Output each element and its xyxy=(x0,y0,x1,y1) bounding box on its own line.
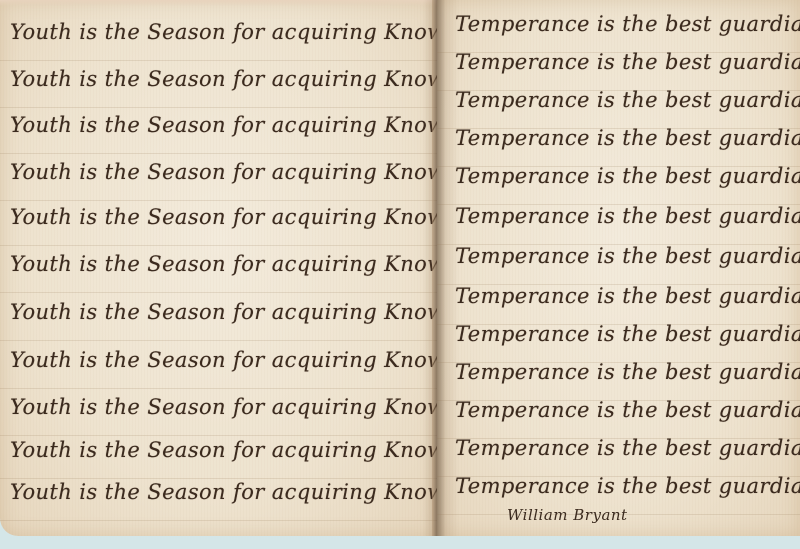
copy-line: Youth is the Season for acquiring Knowl xyxy=(0,20,470,61)
copy-line: Youth is the Season for acquiring Knowle… xyxy=(0,205,470,246)
copy-line: Youth is the Season for acquiring Knowle… xyxy=(0,480,470,521)
copy-line: Temperance is the best guardian of xyxy=(437,322,800,363)
page-top-edge xyxy=(0,0,437,6)
copy-line: Temperance is the best guardian of xyxy=(437,244,800,285)
copy-line: Youth is the Season for acquiring Knowle xyxy=(0,113,470,154)
copy-line: Temperance is the best guardian of xyxy=(437,88,800,129)
copy-line: Temperance is the best guardian of xyxy=(437,398,800,439)
left-page: Youth is the Season for acquiring Knowl … xyxy=(0,0,437,536)
copy-line: Youth is the Season for acquiring Knowle xyxy=(0,67,470,108)
copy-line: Youth is the Season for acquiring Knowle… xyxy=(0,300,470,341)
signature: William Bryant xyxy=(507,506,628,524)
copy-line: Youth is the Season for acquiring Knowle… xyxy=(0,160,470,201)
copy-line: Temperance is the best guardian of xyxy=(437,436,800,477)
copy-line: Temperance is the best guardian of xyxy=(437,204,800,245)
copy-line: Youth is the Season for acquiring Knowle… xyxy=(0,252,470,293)
copy-line: Temperance is the best guardian of xyxy=(437,360,800,401)
copy-line: Temperance is the best guardian of xyxy=(437,12,800,53)
copy-line: Youth is the Season for acquiring Knowle… xyxy=(0,395,470,436)
copy-line: Temperance is the best guardian of xyxy=(437,50,800,91)
copy-line: Temperance is the best guardian of xyxy=(437,164,800,205)
copy-line: Youth is the Season for acquiring Knowle… xyxy=(0,348,470,389)
copy-line: Temperance is the best guardian of xyxy=(437,284,800,325)
copybook-spread: Youth is the Season for acquiring Knowl … xyxy=(0,0,800,549)
copy-line: Temperance is the best guardian of xyxy=(437,126,800,167)
right-page: Temperance is the best guardian of Tempe… xyxy=(437,0,800,536)
copy-line: Youth is the Season for acquiring Knowle… xyxy=(0,438,470,479)
